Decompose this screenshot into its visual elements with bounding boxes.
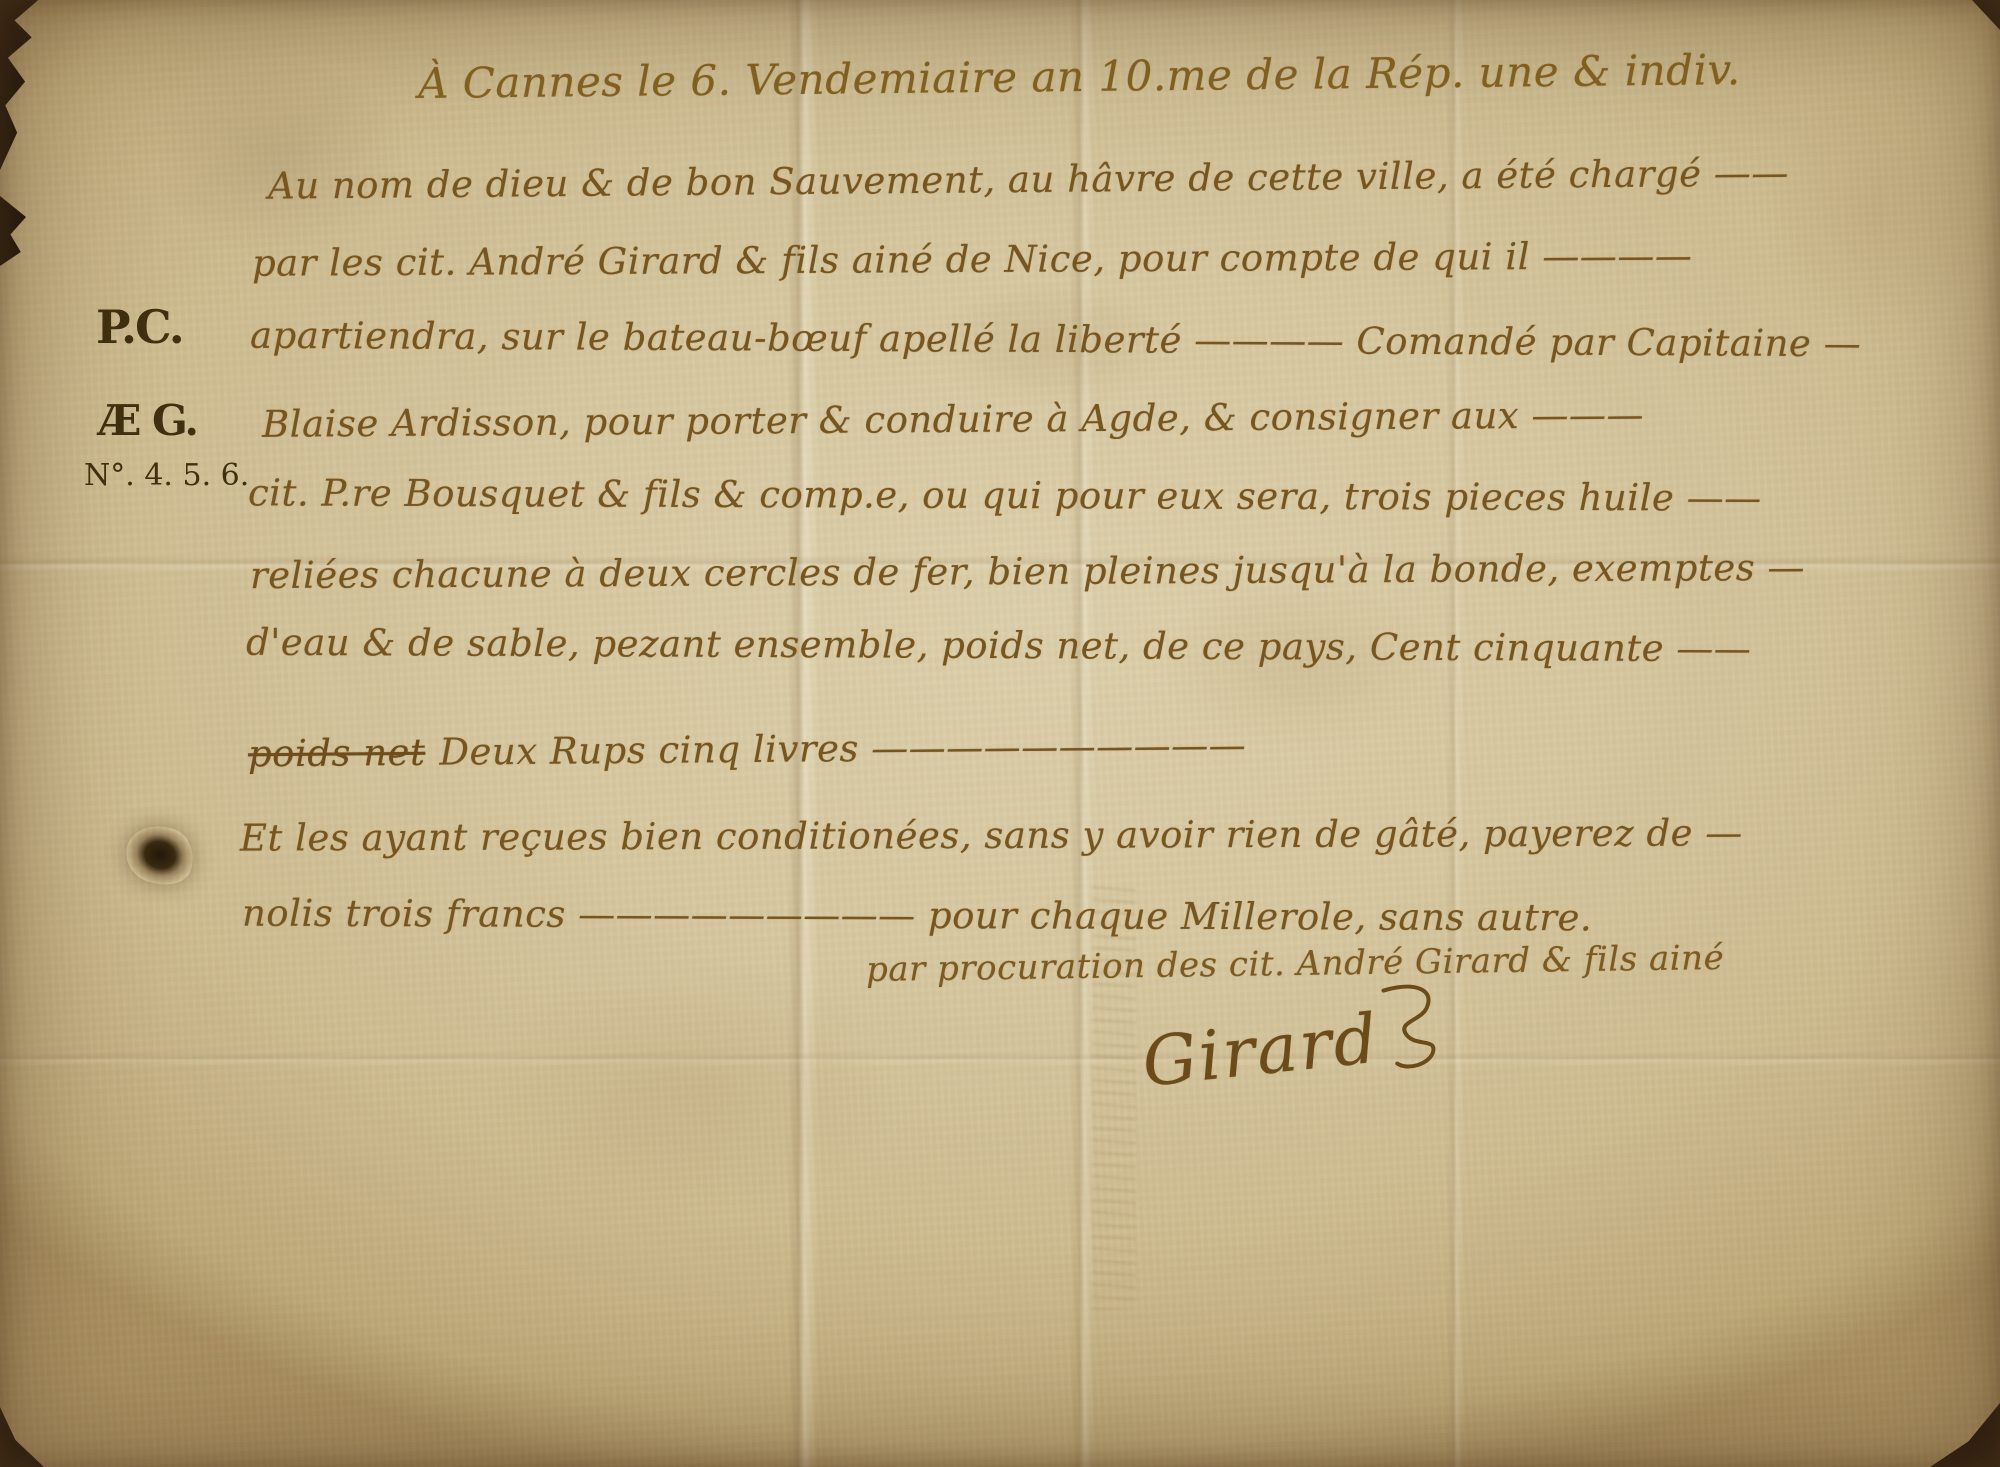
signature-name: Girard — [1139, 1000, 1383, 1103]
dateline: À Cannes le 6. Vendemiaire an 10.me de l… — [418, 45, 1741, 108]
signature: Girard — [1137, 978, 1456, 1117]
paper-stain — [150, 60, 410, 260]
struck-out-words: poids net — [248, 731, 426, 776]
manuscript-line-2: par les cit. André Girard & fils ainé de… — [252, 234, 1692, 285]
ink-showthrough — [1092, 880, 1136, 1310]
manuscript-line-3: apartiendra, sur le bateau-bœuf apellé l… — [250, 314, 1861, 365]
fold-crease-horizontal-2 — [0, 1052, 2000, 1066]
weight-value-text: Deux Rups cinq livres —————————— — [439, 724, 1246, 774]
torn-edge-bottom-right — [1930, 1403, 2000, 1467]
manuscript-line-1: Au nom de dieu & de bon Sauvement, au hâ… — [268, 151, 1789, 207]
fold-crease-vertical-3 — [1446, 0, 1464, 1467]
torn-edge-top-right — [1960, 0, 2000, 30]
torn-edge-top-left — [0, 0, 66, 170]
signature-paraph-icon — [1375, 978, 1456, 1092]
manuscript-line-weight: poids netDeux Rups cinq livres —————————… — [248, 724, 1247, 776]
manuscript-line-7: d'eau & de sable, pezant ensemble, poids… — [246, 621, 1752, 671]
margin-mark-monogram: Æ G. — [98, 396, 197, 445]
margin-mark-numbers: N°. 4. 5. 6. — [84, 458, 249, 493]
scanned-document-page: À Cannes le 6. Vendemiaire an 10.me de l… — [0, 0, 2000, 1467]
manuscript-line-5: cit. P.re Bousquet & fils & comp.e, ou q… — [248, 471, 1762, 519]
manuscript-line-6: reliées chacune à deux cercles de fer, b… — [250, 546, 1805, 597]
paper-stain — [1760, 90, 1980, 350]
manuscript-line-8: Et les ayant reçues bien conditionées, s… — [240, 811, 1743, 859]
manuscript-line-4: Blaise Ardisson, pour porter & conduire … — [262, 393, 1644, 446]
torn-edge-left — [0, 196, 26, 266]
closing-attribution: par procuration des cit. André Girard & … — [866, 938, 1725, 990]
paper-stain — [480, 960, 900, 1220]
manuscript-line-9: nolis trois francs ————————— pour chaque… — [242, 892, 1592, 940]
ink-blot-stain — [119, 817, 202, 893]
torn-edge-bottom-left — [0, 1407, 44, 1467]
manuscript-paper: À Cannes le 6. Vendemiaire an 10.me de l… — [0, 0, 2000, 1467]
margin-mark-initials: P.C. — [96, 300, 183, 354]
